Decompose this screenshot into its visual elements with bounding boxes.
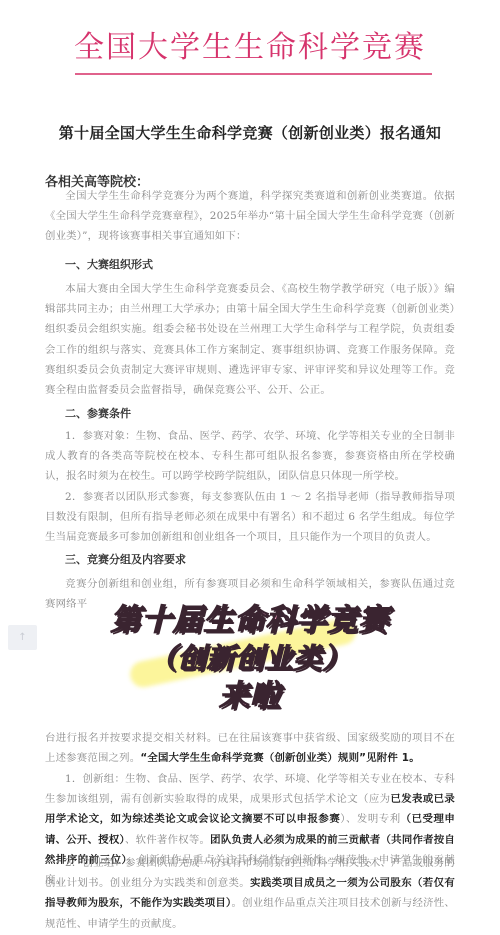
masthead-divider — [75, 73, 432, 75]
groups-paragraph-start: 竞赛分创新组和创业组，所有参赛项目必须和生命科学领域相关，参赛队伍通过竞赛网络平 — [45, 574, 455, 614]
section-heading-eligibility: 二、参赛条件 — [65, 405, 131, 421]
rules-attachment-reference: “全国大学生生命科学竞赛（创新创业类）规则”见附件 1。 — [140, 752, 419, 764]
eligibility-text-1: 1．参赛对象：生物、食品、医学、药学、农学、环境、化学等相关专业的全日制非成人教… — [45, 430, 455, 482]
masthead: 全国大学生生命科学竞赛 — [0, 28, 500, 68]
intro-text: 全国大学生生命科学竞赛分为两个赛道，科学探究类赛道和创新创业类赛道。依据《全国大… — [45, 190, 455, 242]
document-title: 第十届全国大学生生命科学竞赛（创新创业类）报名通知 — [0, 122, 500, 143]
up-arrow-icon: ↑ — [18, 632, 26, 643]
section-heading-groups: 三、竞赛分组及内容要求 — [65, 551, 186, 567]
scroll-up-button[interactable]: ↑ — [8, 625, 37, 650]
innovation-plain-3: 、软件著作权等。 — [125, 834, 210, 846]
overlay-line-3: 来啦 — [0, 678, 500, 716]
highlight-stroke — [128, 616, 358, 689]
groups-text-start: 竞赛分创新组和创业组，所有参赛项目必须和生命科学领域相关，参赛队伍通过竞赛网络平 — [45, 578, 455, 610]
eligibility-paragraph-2: 2．参赛者以团队形式参赛，每支参赛队伍由 1 ～ 2 名指导老师（指导教师指导项… — [45, 487, 455, 548]
organization-text: 本届大赛由全国大学生生命科学竞赛委员会、《高校生物学教学研究（电子版）》编辑部共… — [45, 283, 455, 396]
innovation-plain-2: ）、发明专利 — [340, 813, 400, 825]
startup-group-paragraph: 2．创业组：参赛团队需完成一份具有市场前景的生命科学相关技术、产品或服务的创业计… — [45, 853, 455, 934]
continued-line-2-plain: 范围之列。 — [87, 752, 140, 764]
intro-paragraph: 全国大学生生命科学竞赛分为两个赛道，科学探究类赛道和创新创业类赛道。依据《全国大… — [45, 186, 455, 247]
organization-paragraph: 本届大赛由全国大学生生命科学竞赛委员会、《高校生物学教学研究（电子版）》编辑部共… — [45, 279, 455, 400]
masthead-title: 全国大学生生命科学竞赛 — [0, 28, 500, 68]
eligibility-paragraph-1: 1．参赛对象：生物、食品、医学、药学、农学、环境、化学等相关专业的全日制非成人教… — [45, 426, 455, 487]
section-heading-organization: 一、大赛组织形式 — [65, 256, 153, 272]
groups-paragraph-continued: 台进行报名并按要求提交相关材料。已在往届该赛事中获省级、国家级奖励的项目不在上述… — [45, 728, 455, 768]
eligibility-text-2: 2．参赛者以团队形式参赛，每支参赛队伍由 1 ～ 2 名指导老师（指导教师指导项… — [45, 491, 455, 543]
